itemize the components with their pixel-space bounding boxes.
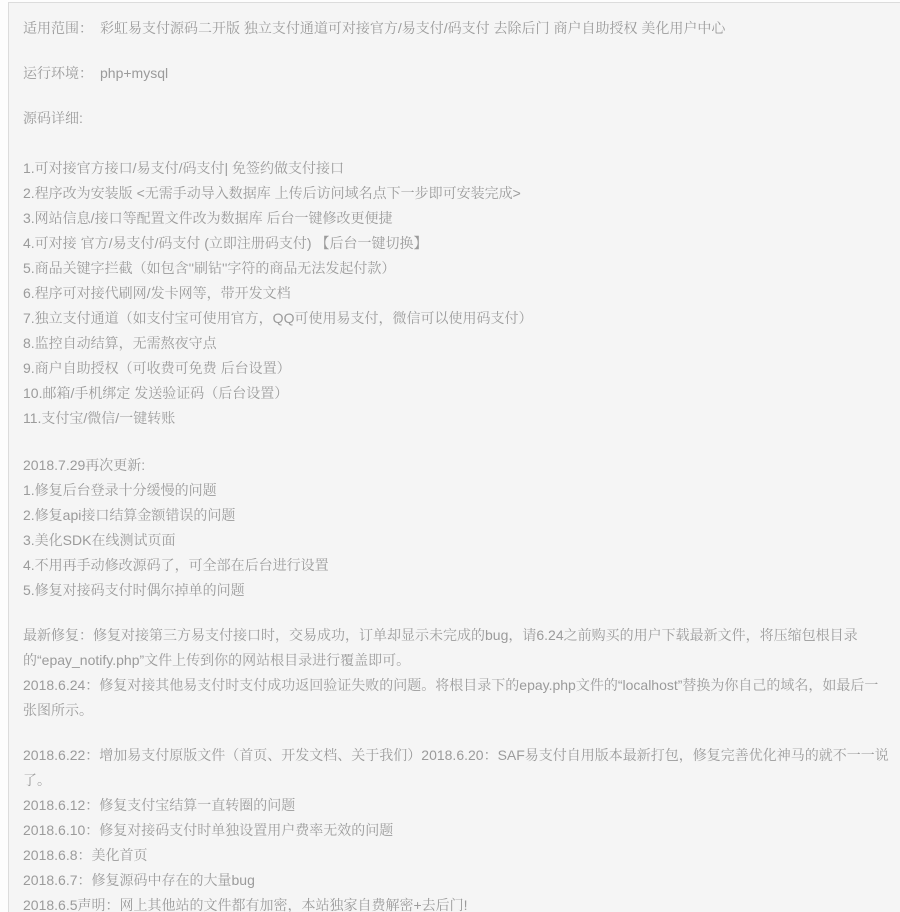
update-title: 2018.7.29再次更新: [23,453,890,478]
feature-item: 5.商品关键字拦截（如包含''刷钻''字符的商品无法发起付款） [23,256,890,281]
fix-notes-block: 最新修复：修复对接第三方易支付接口时，交易成功，订单却显示未完成的bug，请6.… [23,623,890,723]
changelog-block: 2018.6.22：增加易支付原版文件（首页、开发文档、关于我们）2018.6.… [23,743,890,912]
environment-value: php+mysql [100,65,168,81]
detail-heading: 源码详细: [23,105,890,131]
changelog-entry: 2018.6.8：美化首页 [23,843,890,868]
feature-list: 1.可对接官方接口/易支付/码支付| 免签约做支付接口 2.程序改为安装版 <无… [23,156,890,431]
fix-note: 2018.6.24：修复对接其他易支付时支付成功返回验证失败的问题。将根目录下的… [23,673,890,723]
update-20180729-block: 2018.7.29再次更新: 1.修复后台登录十分缓慢的问题 2.修复api接口… [23,453,890,603]
update-item: 1.修复后台登录十分缓慢的问题 [23,478,890,503]
scope-line: 适用范围：彩虹易支付源码二开版 独立支付通道可对接官方/易支付/码支付 去除后门… [23,15,890,41]
changelog-entry: 2018.6.5声明：网上其他站的文件都有加密，本站独家自费解密+去后门! [23,893,890,912]
fix-note: 最新修复：修复对接第三方易支付接口时，交易成功，订单却显示未完成的bug，请6.… [23,623,890,673]
feature-item: 11.支付宝/微信/一键转账 [23,406,890,431]
environment-line: 运行环境：php+mysql [23,60,890,86]
scope-label: 适用范围： [23,20,93,36]
feature-item: 1.可对接官方接口/易支付/码支付| 免签约做支付接口 [23,156,890,181]
product-description-panel: 适用范围：彩虹易支付源码二开版 独立支付通道可对接官方/易支付/码支付 去除后门… [8,2,900,912]
feature-item: 4.可对接 官方/易支付/码支付 (立即注册码支付) 【后台一键切换】 [23,231,890,256]
feature-item: 9.商户自助授权（可收费可免费 后台设置） [23,356,890,381]
scope-value: 彩虹易支付源码二开版 独立支付通道可对接官方/易支付/码支付 去除后门 商户自助… [100,20,725,36]
feature-item: 7.独立支付通道（如支付宝可使用官方，QQ可使用易支付，微信可以使用码支付） [23,306,890,331]
feature-item: 2.程序改为安装版 <无需手动导入数据库 上传后访问域名点下一步即可安装完成> [23,181,890,206]
update-item: 3.美化SDK在线测试页面 [23,528,890,553]
changelog-entry: 2018.6.22：增加易支付原版文件（首页、开发文档、关于我们）2018.6.… [23,743,890,793]
changelog-entry: 2018.6.12：修复支付宝结算一直转圈的问题 [23,793,890,818]
update-item: 4.不用再手动修改源码了，可全部在后台进行设置 [23,553,890,578]
changelog-entry: 2018.6.10：修复对接码支付时单独设置用户费率无效的问题 [23,818,890,843]
feature-item: 3.网站信息/接口等配置文件改为数据库 后台一键修改更便捷 [23,206,890,231]
changelog-entry: 2018.6.7：修复源码中存在的大量bug [23,868,890,893]
feature-item: 8.监控自动结算，无需熬夜守点 [23,331,890,356]
update-item: 2.修复api接口结算金额错误的问题 [23,503,890,528]
feature-item: 10.邮箱/手机绑定 发送验证码（后台设置） [23,381,890,406]
environment-label: 运行环境： [23,65,93,81]
update-item: 5.修复对接码支付时偶尔掉单的问题 [23,578,890,603]
feature-item: 6.程序可对接代刷网/发卡网等，带开发文档 [23,281,890,306]
